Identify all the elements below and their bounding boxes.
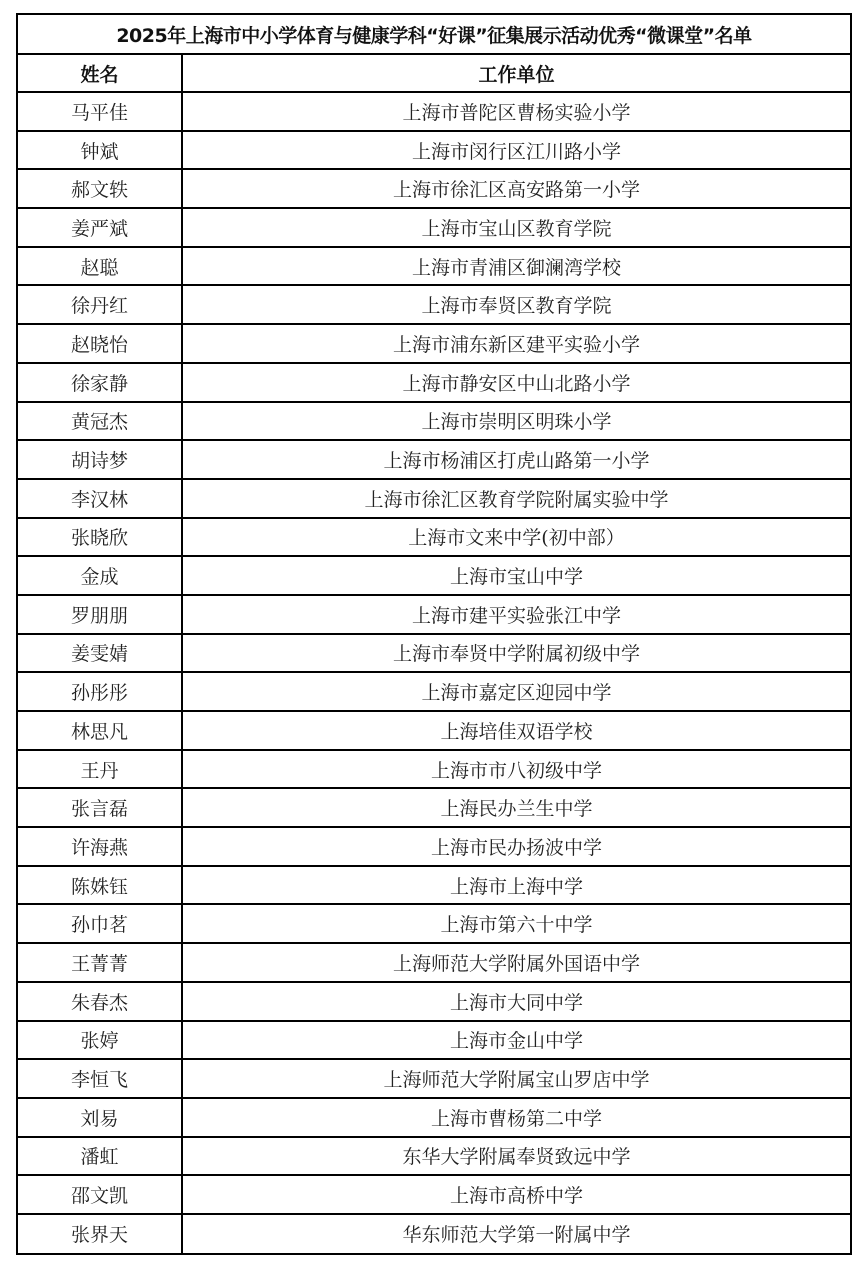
work-unit-cell: 上海市徐汇区高安路第一小学 bbox=[182, 169, 850, 208]
teacher-name-cell: 李汉林 bbox=[18, 479, 182, 518]
teacher-name-cell: 黄冠杰 bbox=[18, 402, 182, 441]
teacher-name-cell: 赵晓怡 bbox=[18, 324, 182, 363]
work-unit-cell: 上海市杨浦区打虎山路第一小学 bbox=[182, 440, 850, 479]
teacher-name-cell: 王丹 bbox=[18, 750, 182, 789]
table-row: 郝文轶上海市徐汇区高安路第一小学 bbox=[18, 169, 850, 208]
work-unit-cell: 上海培佳双语学校 bbox=[182, 711, 850, 750]
work-unit-cell: 上海市普陀区曹杨实验小学 bbox=[182, 92, 850, 131]
work-unit-cell: 上海市闵行区江川路小学 bbox=[182, 131, 850, 170]
work-unit-cell: 上海市宝山中学 bbox=[182, 556, 850, 595]
teacher-name-cell: 王菁菁 bbox=[18, 943, 182, 982]
work-unit-cell: 上海师范大学附属宝山罗店中学 bbox=[182, 1059, 850, 1098]
work-unit-cell: 上海市上海中学 bbox=[182, 866, 850, 905]
teacher-name-cell: 徐家静 bbox=[18, 363, 182, 402]
table-row: 张界天华东师范大学第一附属中学 bbox=[18, 1214, 850, 1253]
work-unit-cell: 上海市第六十中学 bbox=[182, 904, 850, 943]
work-unit-cell: 上海市市八初级中学 bbox=[182, 750, 850, 789]
work-unit-cell: 上海市嘉定区迎园中学 bbox=[182, 672, 850, 711]
work-unit-cell: 上海市大同中学 bbox=[182, 982, 850, 1021]
work-unit-cell: 上海市宝山区教育学院 bbox=[182, 208, 850, 247]
teacher-name-cell: 李恒飞 bbox=[18, 1059, 182, 1098]
table-row: 陈姝钰上海市上海中学 bbox=[18, 866, 850, 905]
table-row: 林思凡上海培佳双语学校 bbox=[18, 711, 850, 750]
teacher-name-cell: 张界天 bbox=[18, 1214, 182, 1253]
table-row: 姜严斌上海市宝山区教育学院 bbox=[18, 208, 850, 247]
award-list-table: 2025年上海市中小学体育与健康学科“好课”征集展示活动优秀“微课堂”名单 姓名… bbox=[18, 15, 850, 1253]
work-unit-cell: 上海市文来中学(初中部） bbox=[182, 518, 850, 557]
table-row: 钟斌上海市闵行区江川路小学 bbox=[18, 131, 850, 170]
work-unit-cell: 上海师范大学附属外国语中学 bbox=[182, 943, 850, 982]
teacher-name-cell: 赵聪 bbox=[18, 247, 182, 286]
work-unit-cell: 华东师范大学第一附属中学 bbox=[182, 1214, 850, 1253]
column-header-unit: 工作单位 bbox=[182, 54, 850, 92]
table-row: 朱春杰上海市大同中学 bbox=[18, 982, 850, 1021]
document-title: 2025年上海市中小学体育与健康学科“好课”征集展示活动优秀“微课堂”名单 bbox=[18, 15, 850, 54]
table-row: 孙彤彤上海市嘉定区迎园中学 bbox=[18, 672, 850, 711]
table-row: 张婷上海市金山中学 bbox=[18, 1021, 850, 1060]
work-unit-cell: 上海市建平实验张江中学 bbox=[182, 595, 850, 634]
table-header-row: 姓名 工作单位 bbox=[18, 54, 850, 92]
teacher-name-cell: 刘易 bbox=[18, 1098, 182, 1137]
table-row: 姜雯婧上海市奉贤中学附属初级中学 bbox=[18, 634, 850, 673]
teacher-name-cell: 孙彤彤 bbox=[18, 672, 182, 711]
work-unit-cell: 上海民办兰生中学 bbox=[182, 788, 850, 827]
table-row: 胡诗梦上海市杨浦区打虎山路第一小学 bbox=[18, 440, 850, 479]
table-row: 李恒飞上海师范大学附属宝山罗店中学 bbox=[18, 1059, 850, 1098]
teacher-name-cell: 姜雯婧 bbox=[18, 634, 182, 673]
table-row: 徐家静上海市静安区中山北路小学 bbox=[18, 363, 850, 402]
teacher-name-cell: 罗朋朋 bbox=[18, 595, 182, 634]
work-unit-cell: 上海市徐汇区教育学院附属实验中学 bbox=[182, 479, 850, 518]
work-unit-cell: 上海市崇明区明珠小学 bbox=[182, 402, 850, 441]
work-unit-cell: 东华大学附属奉贤致远中学 bbox=[182, 1137, 850, 1176]
teacher-name-cell: 林思凡 bbox=[18, 711, 182, 750]
teacher-name-cell: 邵文凯 bbox=[18, 1175, 182, 1214]
teacher-name-cell: 张晓欣 bbox=[18, 518, 182, 557]
table-row: 李汉林上海市徐汇区教育学院附属实验中学 bbox=[18, 479, 850, 518]
teacher-name-cell: 徐丹红 bbox=[18, 285, 182, 324]
work-unit-cell: 上海市金山中学 bbox=[182, 1021, 850, 1060]
table-row: 黄冠杰上海市崇明区明珠小学 bbox=[18, 402, 850, 441]
work-unit-cell: 上海市高桥中学 bbox=[182, 1175, 850, 1214]
table-row: 张晓欣上海市文来中学(初中部） bbox=[18, 518, 850, 557]
column-header-name: 姓名 bbox=[18, 54, 182, 92]
work-unit-cell: 上海市奉贤中学附属初级中学 bbox=[182, 634, 850, 673]
table-row: 罗朋朋上海市建平实验张江中学 bbox=[18, 595, 850, 634]
award-list-document: 2025年上海市中小学体育与健康学科“好课”征集展示活动优秀“微课堂”名单 姓名… bbox=[16, 13, 852, 1255]
table-row: 赵聪上海市青浦区御澜湾学校 bbox=[18, 247, 850, 286]
table-row: 张言磊上海民办兰生中学 bbox=[18, 788, 850, 827]
teacher-name-cell: 朱春杰 bbox=[18, 982, 182, 1021]
table-row: 赵晓怡上海市浦东新区建平实验小学 bbox=[18, 324, 850, 363]
teacher-name-cell: 钟斌 bbox=[18, 131, 182, 170]
table-title-row: 2025年上海市中小学体育与健康学科“好课”征集展示活动优秀“微课堂”名单 bbox=[18, 15, 850, 54]
teacher-name-cell: 姜严斌 bbox=[18, 208, 182, 247]
table-row: 刘易上海市曹杨第二中学 bbox=[18, 1098, 850, 1137]
work-unit-cell: 上海市青浦区御澜湾学校 bbox=[182, 247, 850, 286]
teacher-name-cell: 金成 bbox=[18, 556, 182, 595]
work-unit-cell: 上海市奉贤区教育学院 bbox=[182, 285, 850, 324]
table-row: 邵文凯上海市高桥中学 bbox=[18, 1175, 850, 1214]
table-row: 王丹上海市市八初级中学 bbox=[18, 750, 850, 789]
teacher-name-cell: 陈姝钰 bbox=[18, 866, 182, 905]
teacher-name-cell: 许海燕 bbox=[18, 827, 182, 866]
table-row: 孙巾茗上海市第六十中学 bbox=[18, 904, 850, 943]
table-row: 徐丹红上海市奉贤区教育学院 bbox=[18, 285, 850, 324]
work-unit-cell: 上海市民办扬波中学 bbox=[182, 827, 850, 866]
teacher-name-cell: 张言磊 bbox=[18, 788, 182, 827]
table-row: 许海燕上海市民办扬波中学 bbox=[18, 827, 850, 866]
teacher-name-cell: 胡诗梦 bbox=[18, 440, 182, 479]
teacher-name-cell: 马平佳 bbox=[18, 92, 182, 131]
teacher-name-cell: 张婷 bbox=[18, 1021, 182, 1060]
work-unit-cell: 上海市曹杨第二中学 bbox=[182, 1098, 850, 1137]
teacher-name-cell: 孙巾茗 bbox=[18, 904, 182, 943]
work-unit-cell: 上海市静安区中山北路小学 bbox=[182, 363, 850, 402]
table-row: 潘虹东华大学附属奉贤致远中学 bbox=[18, 1137, 850, 1176]
teacher-name-cell: 潘虹 bbox=[18, 1137, 182, 1176]
table-row: 马平佳上海市普陀区曹杨实验小学 bbox=[18, 92, 850, 131]
work-unit-cell: 上海市浦东新区建平实验小学 bbox=[182, 324, 850, 363]
table-row: 金成上海市宝山中学 bbox=[18, 556, 850, 595]
teacher-name-cell: 郝文轶 bbox=[18, 169, 182, 208]
table-row: 王菁菁上海师范大学附属外国语中学 bbox=[18, 943, 850, 982]
